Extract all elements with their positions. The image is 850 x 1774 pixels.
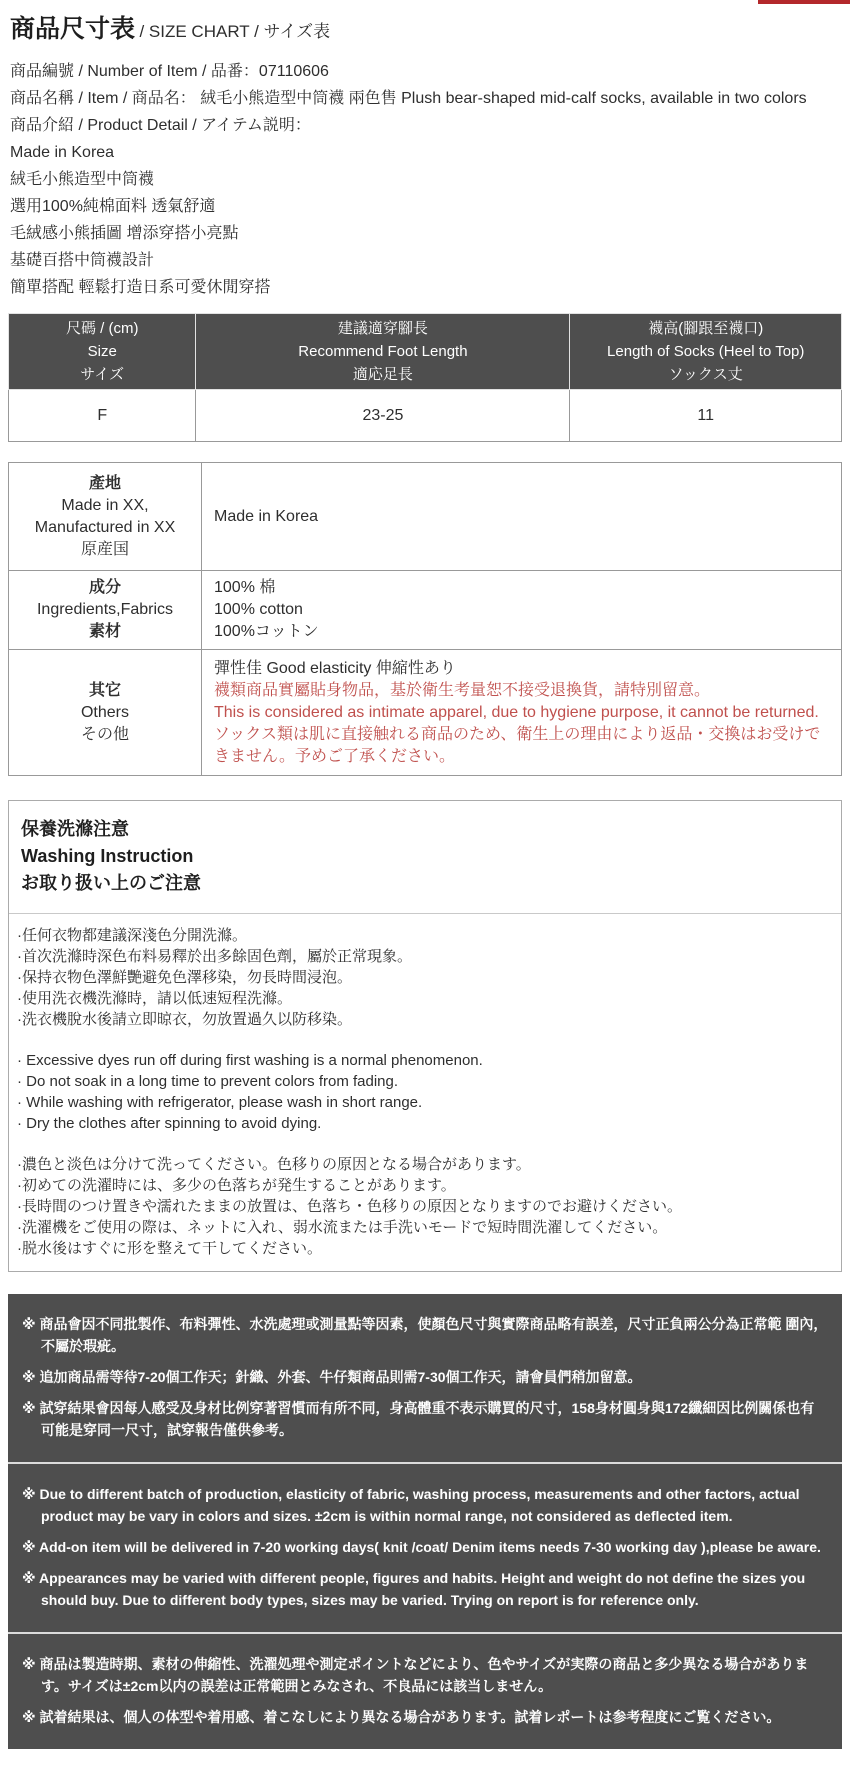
header-line-ja: サイズ — [13, 363, 191, 386]
disclaimer-item: ※ 商品會因不同批製作、布料彈性、水洗處理或測量點等因素，使顏色尺寸與實際商品略… — [22, 1313, 828, 1357]
washing-title-zh: 保養洗滌注意 — [21, 816, 829, 843]
item-number-line: 商品編號 / Number of Item / 品番：07110606 — [10, 58, 840, 85]
fabric-label-cell: 成分 Ingredients,Fabrics 素材 — [9, 571, 202, 650]
fabric-value-en: 100% cotton — [214, 599, 829, 621]
fabric-row: 成分 Ingredients,Fabrics 素材 100% 棉 100% co… — [9, 571, 842, 650]
others-row: 其它 Others その他 彈性佳 Good elasticity 伸縮性あり … — [9, 650, 842, 776]
disclaimer-item: ※ Appearances may be varied with differe… — [22, 1567, 828, 1611]
others-label-cell: 其它 Others その他 — [9, 650, 202, 776]
fabric-label-ja: 素材 — [11, 621, 199, 643]
product-detail-line: Made in Korea — [10, 139, 840, 166]
size-chart-table: 尺碼 / (cm) Size サイズ 建議適穿腳長 Recommend Foot… — [8, 313, 842, 442]
origin-label-ja: 原産国 — [11, 539, 199, 561]
origin-label-zh: 產地 — [11, 473, 199, 495]
product-detail-line: 絨毛小熊造型中筒襪 — [10, 166, 840, 193]
others-label-zh: 其它 — [11, 680, 199, 702]
washing-group-zh: ·任何衣物都建議深淺色分開洗滌。 ·首次洗滌時深色布料易釋於出多餘固色劑，屬於正… — [17, 925, 831, 1030]
page-title: 商品尺寸表 / SIZE CHART / サイズ表 — [10, 12, 840, 50]
foot-length-column-header: 建議適穿腳長 Recommend Foot Length 適応足長 — [196, 314, 570, 390]
washing-instruction-body: ·任何衣物都建議深淺色分開洗滌。 ·首次洗滌時深色布料易釋於出多餘固色劑，屬於正… — [9, 914, 841, 1271]
item-name-line: 商品名稱 / Item / 商品名： 絨毛小熊造型中筒襪 兩色售 Plush b… — [10, 85, 840, 112]
washing-title-en: Washing Instruction — [21, 843, 829, 870]
elasticity-note: 彈性佳 Good elasticity 伸縮性あり — [214, 658, 829, 680]
hygiene-note-zh: 襪類商品實屬貼身物品，基於衛生考量恕不接受退換貨，請特別留意。 — [214, 680, 829, 702]
disclaimer-section-ja: ※ 商品は製造時期、素材の伸縮性、洗濯処理や測定ポイントなどにより、色やサイズが… — [8, 1632, 842, 1749]
washing-line: ·洗衣機脫水後請立即晾衣，勿放置過久以防移染。 — [17, 1009, 831, 1030]
size-table-header-row: 尺碼 / (cm) Size サイズ 建議適穿腳長 Recommend Foot… — [9, 314, 842, 390]
hygiene-note-ja: ソックス類は肌に直接触れる商品のため、衛生上の理由により返品・交換はお受けできま… — [214, 724, 829, 768]
origin-value: Made in Korea — [214, 506, 829, 528]
size-value: F — [9, 390, 196, 442]
washing-line: ·洗濯機をご使用の際は、ネットに入れ、弱水流または手洗いモードで短時間洗濯してく… — [17, 1217, 831, 1238]
product-detail-line: 簡單搭配 輕鬆打造日系可愛休閒穿搭 — [10, 274, 840, 301]
washing-line: ·保持衣物色澤鮮艷避免色澤移染，勿長時間浸泡。 — [17, 967, 831, 988]
size-column-header: 尺碼 / (cm) Size サイズ — [9, 314, 196, 390]
disclaimer-item: ※ Due to different batch of production, … — [22, 1483, 828, 1527]
fabric-label-en: Ingredients,Fabrics — [11, 599, 199, 621]
others-label-ja: その他 — [11, 724, 199, 746]
washing-line: ·濃色と淡色は分けて洗ってください。色移りの原因となる場合があります。 — [17, 1154, 831, 1175]
washing-line: · Excessive dyes run off during first wa… — [17, 1050, 831, 1071]
washing-line: ·使用洗衣機洗滌時，請以低速短程洗滌。 — [17, 988, 831, 1009]
washing-line: ·脱水後はすぐに形を整えて干してください。 — [17, 1238, 831, 1259]
washing-group-en: · Excessive dyes run off during first wa… — [17, 1050, 831, 1134]
disclaimer-panel: ※ 商品會因不同批製作、布料彈性、水洗處理或測量點等因素，使顏色尺寸與實際商品略… — [8, 1294, 842, 1749]
header-line-zh: 尺碼 / (cm) — [13, 317, 191, 340]
sock-height-value: 11 — [570, 390, 842, 442]
washing-group-ja: ·濃色と淡色は分けて洗ってください。色移りの原因となる場合があります。 ·初めて… — [17, 1154, 831, 1259]
disclaimer-item: ※ 追加商品需等待7-20個工作天；針織、外套、牛仔類商品則需7-30個工作天，… — [22, 1366, 828, 1388]
disclaimer-section-en: ※ Due to different batch of production, … — [8, 1462, 842, 1632]
origin-label-en1: Made in XX, — [11, 495, 199, 517]
fabric-value-ja: 100%コットン — [214, 621, 829, 643]
washing-line: · Dry the clothes after spinning to avoi… — [17, 1113, 831, 1134]
washing-title-ja: お取り扱い上のご注意 — [21, 870, 829, 897]
washing-line: · Do not soak in a long time to prevent … — [17, 1071, 831, 1092]
page-title-sub: / SIZE CHART / サイズ表 — [139, 22, 330, 41]
others-label-en: Others — [11, 702, 199, 724]
origin-row: 產地 Made in XX, Manufactured in XX 原産国 Ma… — [9, 463, 842, 571]
washing-line: ·初めての洗濯時には、多少の色落ちが発生することがあります。 — [17, 1175, 831, 1196]
origin-label-cell: 產地 Made in XX, Manufactured in XX 原産国 — [9, 463, 202, 571]
top-right-red-bar — [758, 0, 850, 4]
header-line-zh: 襪高(腳跟至襪口) — [574, 317, 837, 340]
header-line-ja: ソックス丈 — [574, 363, 837, 386]
product-detail-label: 商品介紹 / Product Detail / アイテム説明： — [10, 112, 840, 139]
fabric-label-zh: 成分 — [11, 577, 199, 599]
header-line-en: Size — [13, 340, 191, 363]
size-chart-page: 商品尺寸表 / SIZE CHART / サイズ表 商品編號 / Number … — [0, 0, 850, 1749]
origin-label-en2: Manufactured in XX — [11, 517, 199, 539]
foot-length-value: 23-25 — [196, 390, 570, 442]
header-line-zh: 建議適穿腳長 — [200, 317, 565, 340]
header-line-en: Length of Socks (Heel to Top) — [574, 340, 837, 363]
page-title-main: 商品尺寸表 — [10, 15, 135, 43]
product-attribute-table: 產地 Made in XX, Manufactured in XX 原産国 Ma… — [8, 462, 842, 776]
washing-line: ·首次洗滌時深色布料易釋於出多餘固色劑，屬於正常現象。 — [17, 946, 831, 967]
disclaimer-item: ※ 試着結果は、個人の体型や着用感、着こなしにより異なる場合があります。試着レポ… — [22, 1706, 828, 1728]
washing-instruction-header: 保養洗滌注意 Washing Instruction お取り扱い上のご注意 — [9, 801, 841, 914]
header-line-ja: 適応足長 — [200, 363, 565, 386]
fabric-value-cell: 100% 棉 100% cotton 100%コットン — [202, 571, 842, 650]
washing-instruction-box: 保養洗滌注意 Washing Instruction お取り扱い上のご注意 ·任… — [8, 800, 842, 1272]
product-detail-line: 毛絨感小熊插圖 增添穿搭小亮點 — [10, 220, 840, 247]
fabric-value-zh: 100% 棉 — [214, 577, 829, 599]
product-detail-line: 基礎百搭中筒襪設計 — [10, 247, 840, 274]
washing-line: · While washing with refrigerator, pleas… — [17, 1092, 831, 1113]
size-table-data-row: F 23-25 11 — [9, 390, 842, 442]
product-info-section: 商品尺寸表 / SIZE CHART / サイズ表 商品編號 / Number … — [0, 0, 850, 301]
disclaimer-section-zh: ※ 商品會因不同批製作、布料彈性、水洗處理或測量點等因素，使顏色尺寸與實際商品略… — [8, 1294, 842, 1462]
washing-line: ·長時間のつけ置きや濡れたままの放置は、色落ち・色移りの原因となりますのでお避け… — [17, 1196, 831, 1217]
washing-line: ·任何衣物都建議深淺色分開洗滌。 — [17, 925, 831, 946]
disclaimer-item: ※ Add-on item will be delivered in 7-20 … — [22, 1536, 828, 1558]
header-line-en: Recommend Foot Length — [200, 340, 565, 363]
disclaimer-item: ※ 試穿結果會因每人感受及身材比例穿著習慣而有所不同，身高體重不表示購買的尺寸，… — [22, 1397, 828, 1441]
product-detail-line: 選用100%純棉面料 透氣舒適 — [10, 193, 840, 220]
origin-value-cell: Made in Korea — [202, 463, 842, 571]
sock-height-column-header: 襪高(腳跟至襪口) Length of Socks (Heel to Top) … — [570, 314, 842, 390]
hygiene-note-en: This is considered as intimate apparel, … — [214, 702, 829, 724]
disclaimer-item: ※ 商品は製造時期、素材の伸縮性、洗濯処理や測定ポイントなどにより、色やサイズが… — [22, 1653, 828, 1697]
others-value-cell: 彈性佳 Good elasticity 伸縮性あり 襪類商品實屬貼身物品，基於衛… — [202, 650, 842, 776]
